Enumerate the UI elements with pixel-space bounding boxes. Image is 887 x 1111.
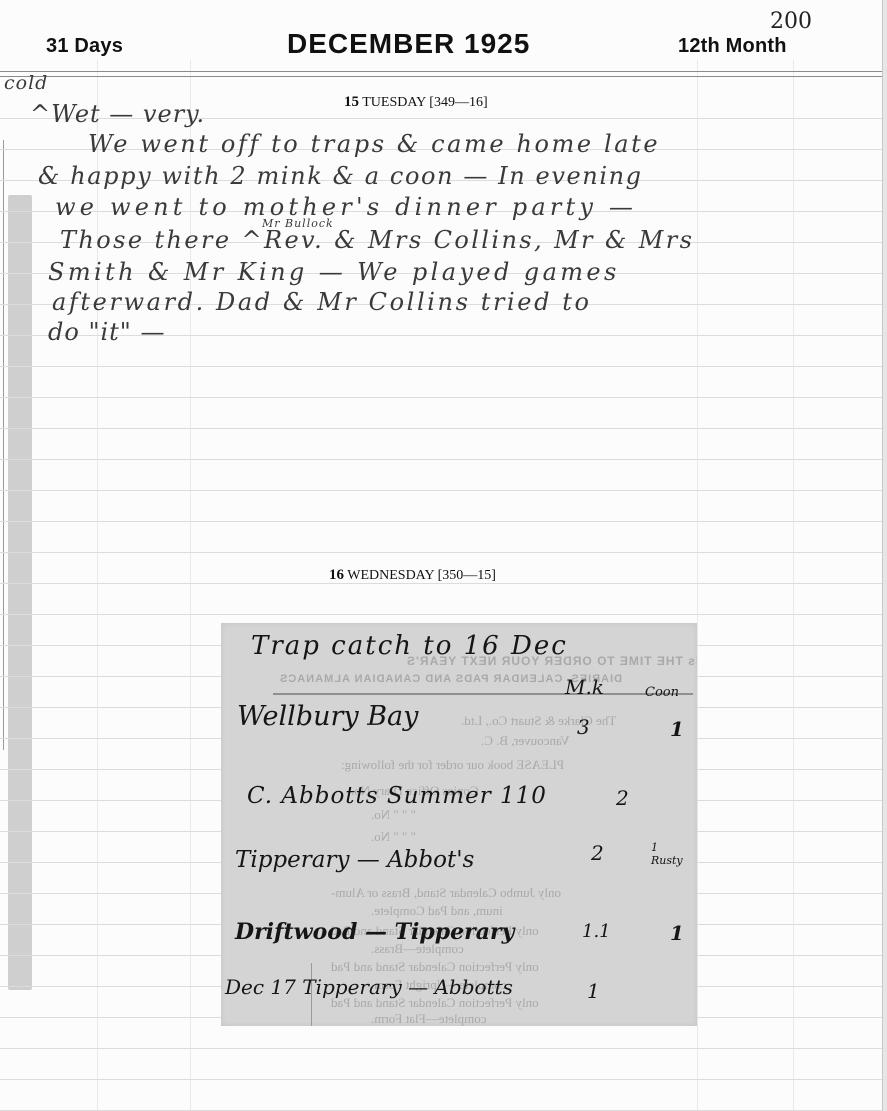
entry-line: ^Wet — very.: [30, 100, 205, 128]
column-header-mink: M.k: [565, 675, 604, 699]
header-rule: [0, 76, 882, 77]
print-bleed: complete—Flat Form.: [371, 1011, 487, 1026]
ruled-line: [0, 614, 882, 615]
slip-title: Trap catch to 16 Dec: [251, 631, 568, 661]
print-bleed: Vancouver, B. C.: [481, 733, 570, 749]
binding-strip: [8, 195, 32, 990]
day-number: 16: [329, 567, 344, 583]
days-label: 31 Days: [46, 35, 123, 58]
print-bleed: The Clarke & Stuart Co., Ltd.: [461, 713, 616, 729]
column-rule: [697, 60, 698, 1111]
row-mink: 1.1: [582, 921, 611, 942]
day-heading-15: 15 TUESDAY [349—16]: [344, 94, 488, 111]
day-name: WEDNESDAY: [347, 568, 434, 583]
month-title: DECEMBER 1925: [287, 28, 530, 60]
entry-line: & happy with 2 mink & a coon — In evenin…: [38, 162, 643, 190]
column-rule: [793, 60, 794, 1111]
print-bleed: only Perfection Calendar Stand and Pad: [331, 959, 539, 975]
row-coon: 1: [670, 921, 684, 945]
row-mink: 2: [591, 841, 604, 865]
ruled-line: [0, 366, 882, 367]
header-rule: [0, 71, 882, 72]
row-location: Tipperary — Abbot's: [235, 847, 474, 873]
diary-page: 200 31 Days DECEMBER 1925 12th Month 15 …: [0, 0, 887, 1111]
column-header-coon: Coon: [645, 685, 679, 700]
row-mink: 2: [616, 786, 629, 810]
binding-line: [3, 140, 4, 750]
day-count: [349—16]: [429, 95, 487, 110]
print-bleed: " " " No.: [371, 829, 416, 845]
entry-line: We went off to traps & came home late: [88, 130, 660, 158]
ruled-line: [0, 521, 882, 522]
row-mink: 1: [587, 979, 600, 1003]
ruled-line: [0, 1079, 882, 1080]
margin-note: cold: [4, 72, 48, 94]
row-location: Driftwood — Tipperary: [235, 919, 514, 945]
ruled-line: [0, 459, 882, 460]
entry-line: Those there ^Rev. & Mrs Collins, Mr & Mr…: [60, 226, 694, 254]
page-number: 200: [770, 9, 812, 34]
print-bleed: " " " No.: [371, 807, 416, 823]
entry-line: do "it" —: [48, 318, 165, 346]
month-index-label: 12th Month: [678, 35, 787, 58]
entry-line: we went to mother's dinner party —: [55, 193, 637, 221]
day-number: 15: [344, 94, 359, 110]
row-mink: 3: [577, 715, 590, 739]
ruled-line: [0, 428, 882, 429]
day-name: TUESDAY: [362, 95, 426, 110]
day-heading-16: 16 WEDNESDAY [350—15]: [329, 567, 496, 584]
page-edge: [882, 0, 887, 1111]
row-coon: 1 Rusty: [651, 841, 691, 867]
ruled-line: [0, 490, 882, 491]
row-location: C. Abbotts Summer 110: [247, 783, 547, 809]
ruled-line: [0, 397, 882, 398]
row-coon: 1: [670, 717, 684, 741]
entry-line: afterward. Dad & Mr Collins tried to: [52, 288, 592, 316]
entry-line: Smith & Mr King — We played games: [48, 258, 620, 286]
print-bleed: PLEASE book our order for the following:: [341, 757, 564, 773]
print-bleed: only Jumbo Calendar Stand, Brass or Alum…: [331, 885, 561, 901]
slip-rule: [273, 693, 693, 695]
ruled-line: [0, 552, 882, 553]
row-location: Wellbury Bay: [237, 701, 418, 732]
trap-catch-slip: NOW is THE TIME TO ORDER YOUR NEXT YEAR'…: [221, 623, 697, 1026]
ruled-line: [0, 1048, 882, 1049]
day-count: [350—15]: [438, 568, 496, 583]
row-location: Dec 17 Tipperary — Abbotts: [225, 975, 513, 999]
print-bleed: inum, and Pad Complete.: [371, 903, 503, 919]
